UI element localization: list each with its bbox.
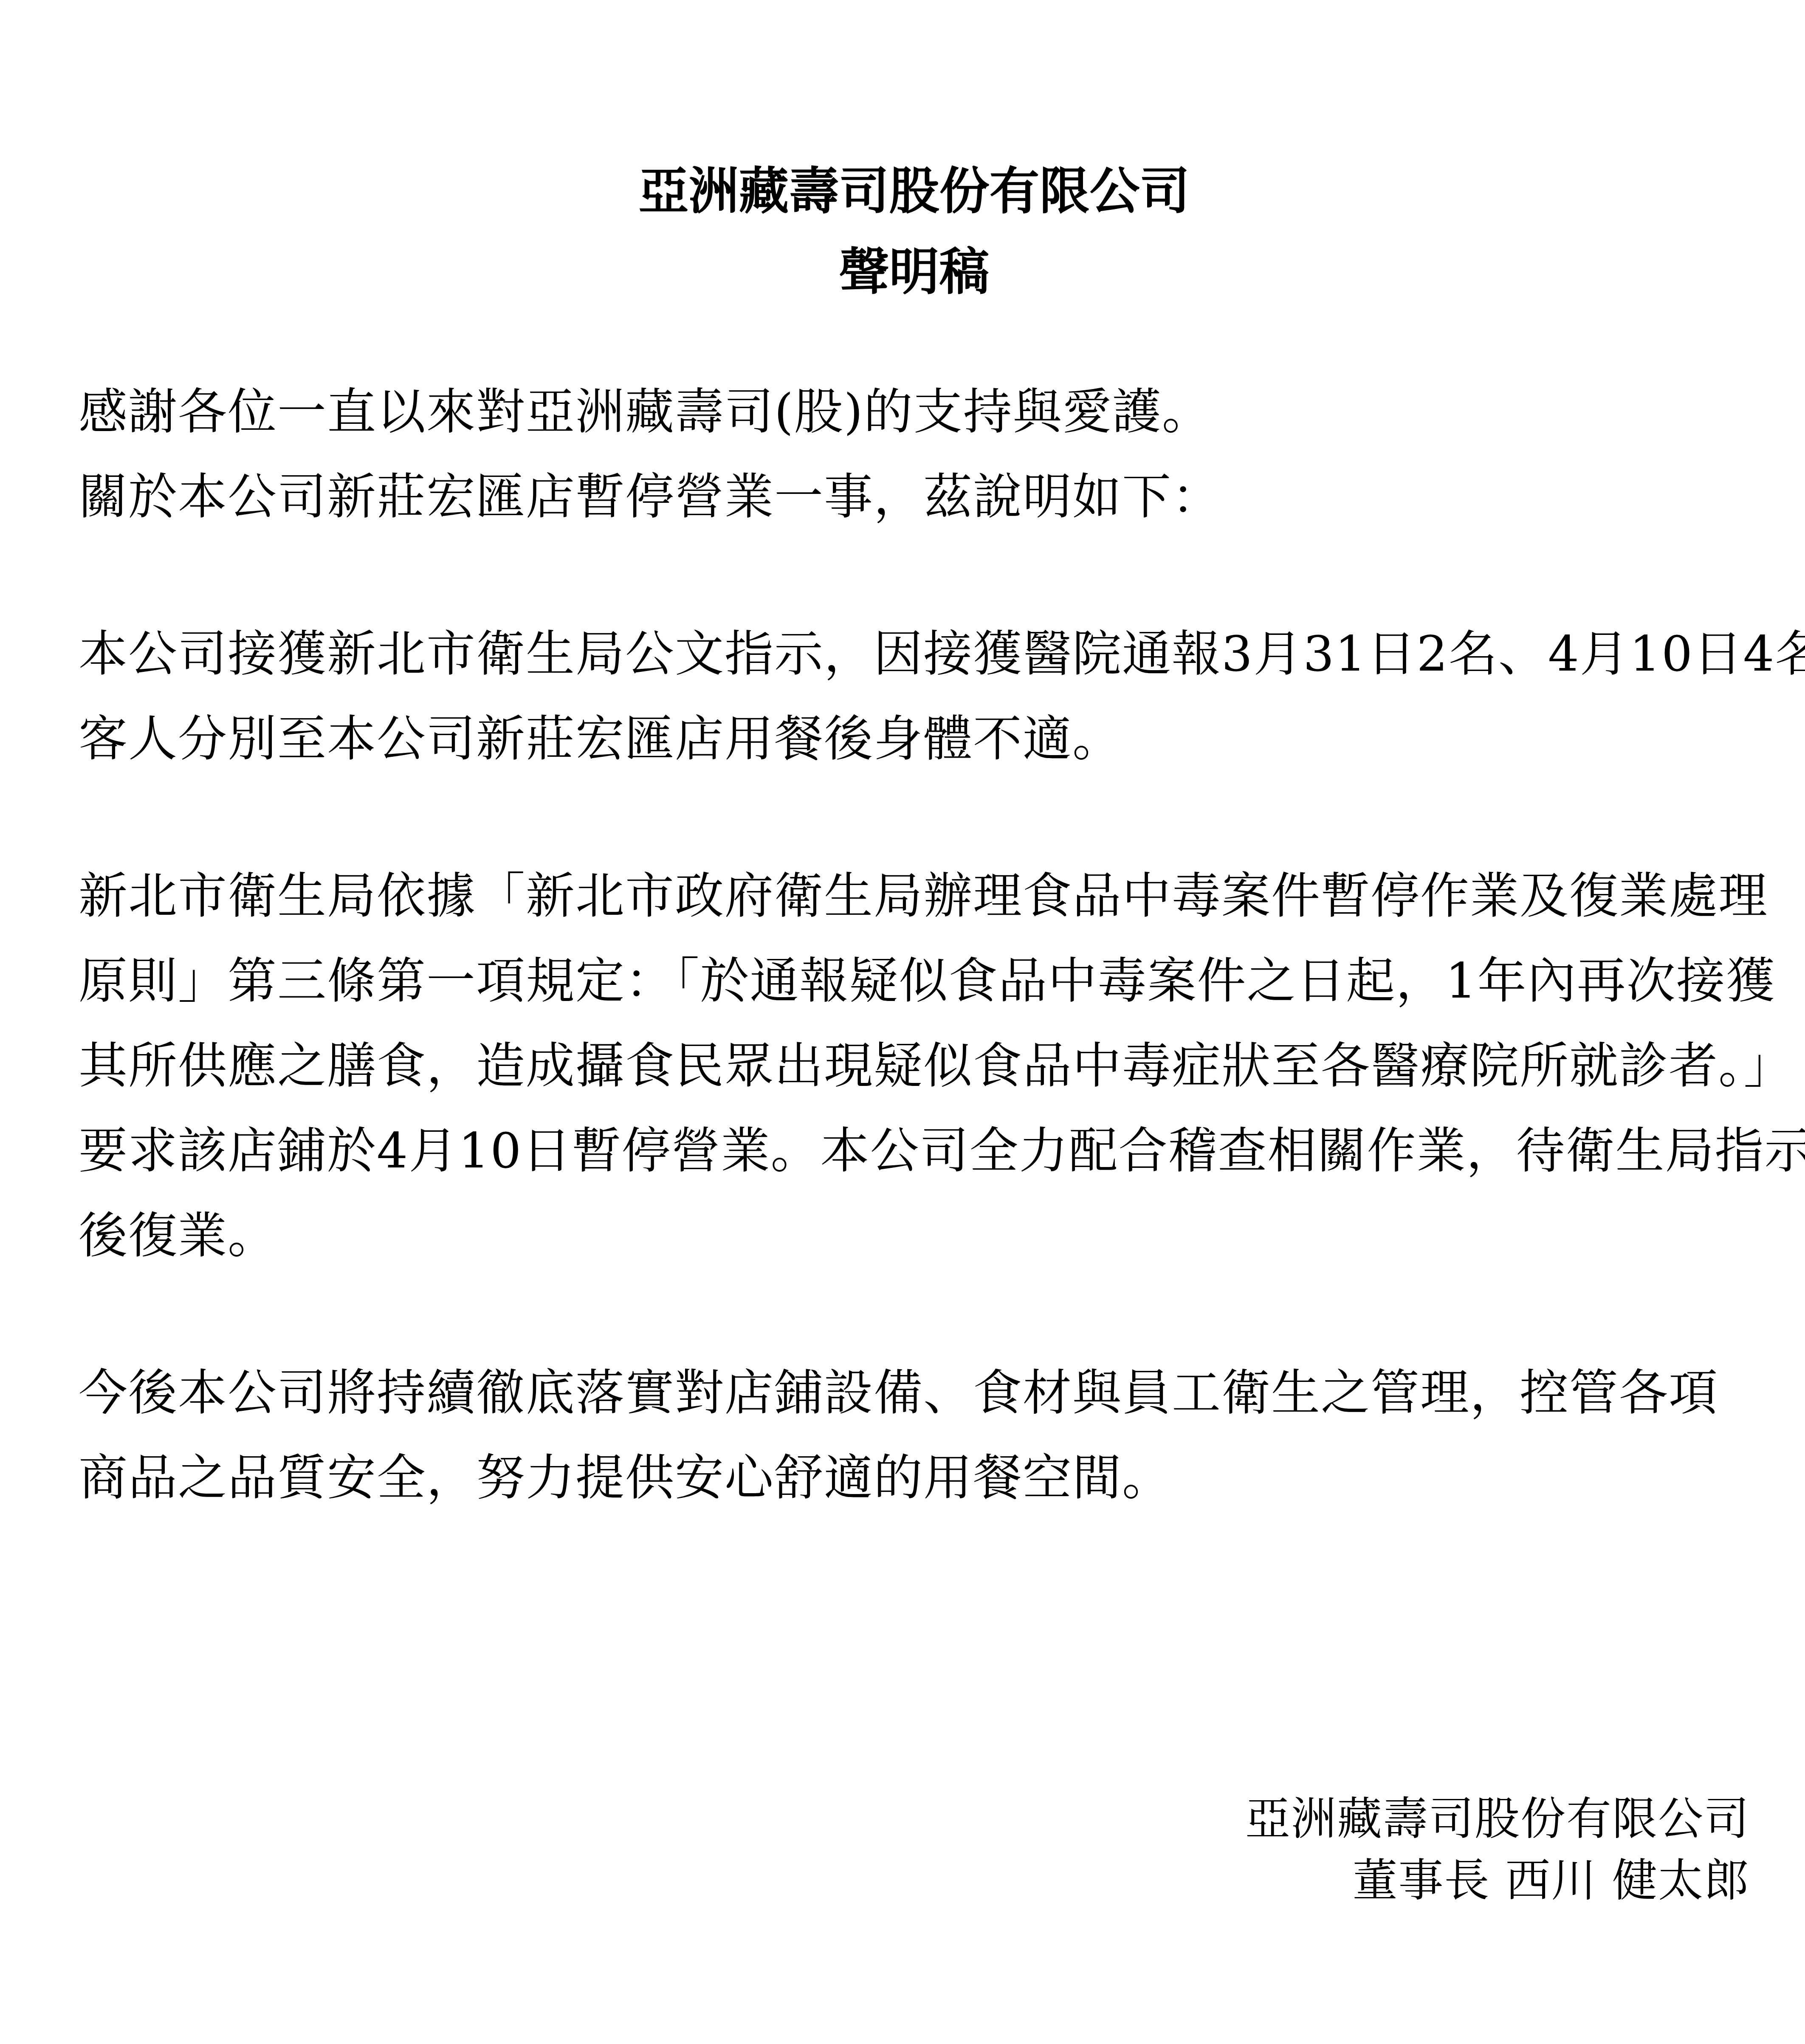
statement-line: 今後本公司將持續徹底落實對店鋪設備、食材與員工衛生之管理，控管各項 xyxy=(79,1350,1750,1435)
statement-line: 感謝各位一直以來對亞洲藏壽司(股)的支持與愛護。 xyxy=(79,369,1750,454)
paragraph-gap xyxy=(79,1278,1750,1350)
statement-line: 本公司接獲新北市衛生局公文指示，因接獲醫院通報3月31日2名、4月10日4名 xyxy=(79,612,1750,696)
statement-line: 客人分別至本公司新莊宏匯店用餐後身體不適。 xyxy=(79,696,1750,781)
paragraph-commitment: 今後本公司將持續徹底落實對店鋪設備、食材與員工衛生之管理，控管各項 商品之品質安… xyxy=(79,1350,1750,1520)
statement-line: 新北市衛生局依據「新北市政府衛生局辦理食品中毒案件暫停作業及復業處理 xyxy=(79,854,1750,939)
statement-body: 感謝各位一直以來對亞洲藏壽司(股)的支持與愛護。 關於本公司新莊宏匯店暫停營業一… xyxy=(79,369,1750,1520)
statement-subtitle: 聲明稿 xyxy=(79,231,1750,312)
signature-signer: 董事長 西川 健太郎 xyxy=(79,1849,1750,1911)
statement-line: 後復業。 xyxy=(79,1193,1750,1278)
statement-line: 商品之品質安全，努力提供安心舒適的用餐空間。 xyxy=(79,1435,1750,1520)
paragraph-gap xyxy=(79,781,1750,854)
statement-line: 其所供應之膳食，造成攝食民眾出現疑似食品中毒症狀至各醫療院所就診者。」 xyxy=(79,1023,1750,1108)
paragraph-incident: 本公司接獲新北市衛生局公文指示，因接獲醫院通報3月31日2名、4月10日4名 客… xyxy=(79,612,1750,781)
statement-page: 亞洲藏壽司股份有限公司 聲明稿 感謝各位一直以來對亞洲藏壽司(股)的支持與愛護。… xyxy=(0,0,1805,2044)
signature-block: 亞洲藏壽司股份有限公司 董事長 西川 健太郎 xyxy=(79,1788,1750,1911)
statement-line: 要求該店鋪於4月10日暫停營業。本公司全力配合稽查相關作業，待衛生局指示 xyxy=(79,1108,1750,1193)
paragraph-greeting: 感謝各位一直以來對亞洲藏壽司(股)的支持與愛護。 關於本公司新莊宏匯店暫停營業一… xyxy=(79,369,1750,539)
signature-company: 亞洲藏壽司股份有限公司 xyxy=(79,1788,1750,1849)
statement-line: 原則」第三條第一項規定：「於通報疑似食品中毒案件之日起，1年內再次接獲 xyxy=(79,939,1750,1023)
statement-title: 亞洲藏壽司股份有限公司 xyxy=(79,151,1750,231)
paragraph-gap xyxy=(79,539,1750,612)
paragraph-regulation: 新北市衛生局依據「新北市政府衛生局辦理食品中毒案件暫停作業及復業處理 原則」第三… xyxy=(79,854,1750,1278)
statement-line: 關於本公司新莊宏匯店暫停營業一事，茲說明如下： xyxy=(79,454,1750,539)
